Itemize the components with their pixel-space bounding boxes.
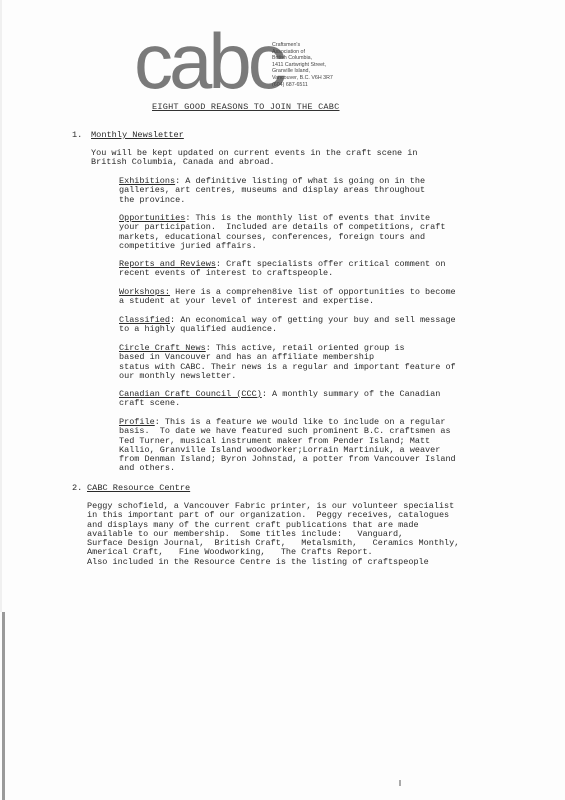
scan-speck	[399, 780, 401, 786]
item-reports-reviews: Reports and Reviews: Craft specialists o…	[119, 260, 445, 279]
section-1-intro: You will be kept updated on current even…	[91, 149, 417, 168]
item-opportunities: Opportunities: This is the monthly list …	[119, 214, 445, 251]
item-canadian-craft-council: Canadian Craft Council (CCC): A monthly …	[119, 390, 440, 409]
section-1-number: 1.	[72, 130, 82, 140]
item-circle-craft-news: Circle Craft News: This active, retail o…	[119, 344, 456, 381]
section-2-heading: CABC Resource Centre	[87, 483, 190, 493]
item-exhibitions: Exhibitions: A definitive listing of wha…	[119, 177, 425, 205]
item-profile: Profile: This is a feature we would like…	[119, 418, 456, 474]
document-page: cabc Craftsmen's Association of British …	[0, 0, 565, 800]
page-edge-shadow	[0, 0, 2, 612]
letterhead-address: Craftsmen's Association of British Colum…	[272, 42, 333, 88]
cabc-logo: cabc	[134, 22, 283, 100]
item-workshops: Workshops: Here is a comprehen8ive list …	[119, 288, 456, 307]
section-2-body: Peggy schofield, a Vancouver Fabric prin…	[87, 502, 459, 567]
section-1-heading: Monthly Newsletter	[91, 130, 184, 140]
section-2-number: 2.	[72, 483, 82, 493]
page-edge-bar	[2, 612, 5, 800]
item-classified: Classified: An economical way of getting…	[119, 316, 456, 335]
document-title: EIGHT GOOD REASONS TO JOIN THE CABC	[152, 102, 340, 112]
